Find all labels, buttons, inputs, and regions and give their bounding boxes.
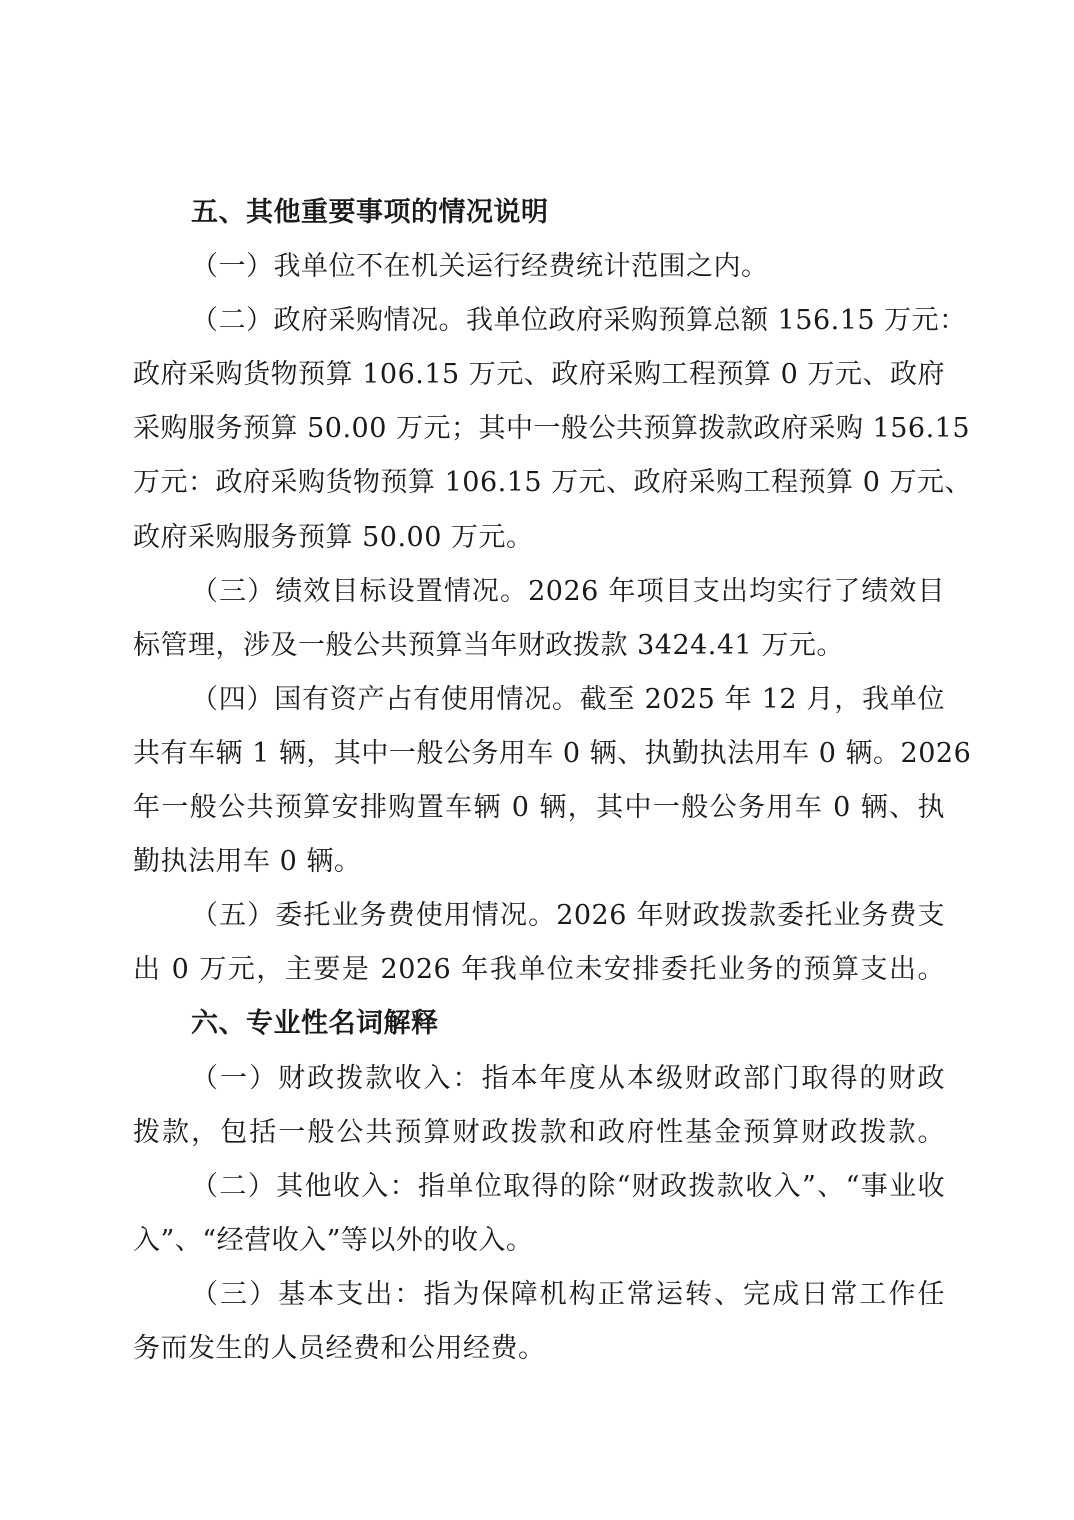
text-line: 勤执法用车 0 辆。 xyxy=(133,835,945,889)
text-line: 标管理，涉及一般公共预算当年财政拨款 3424.41 万元。 xyxy=(133,619,945,673)
text-line: 务而发生的人员经费和公用经费。 xyxy=(133,1322,945,1376)
paragraph-5-5: （五）委托业务费使用情况。2026 年财政拨款委托业务费支 出 0 万元，主要是… xyxy=(133,889,945,997)
paragraph-6-3: （三）基本支出：指为保障机构正常运转、完成日常工作任 务而发生的人员经费和公用经… xyxy=(133,1268,945,1376)
text-line: 政府采购服务预算 50.00 万元。 xyxy=(133,511,945,565)
paragraph-5-3: （三）绩效目标设置情况。2026 年项目支出均实行了绩效目 标管理，涉及一般公共… xyxy=(133,565,945,673)
text-line: 拨款，包括一般公共预算财政拨款和政府性基金预算财政拨款。 xyxy=(133,1106,945,1160)
text-line: （二）其他收入：指单位取得的除“财政拨款收入”、“事业收 xyxy=(133,1160,945,1214)
paragraph-6-1: （一）财政拨款收入：指本年度从本级财政部门取得的财政 拨款，包括一般公共预算财政… xyxy=(133,1052,945,1160)
section-heading-5: 五、其他重要事项的情况说明 xyxy=(133,186,945,240)
text-line: （二）政府采购情况。我单位政府采购预算总额 156.15 万元： xyxy=(133,294,945,348)
text-line: 年一般公共预算安排购置车辆 0 辆，其中一般公务用车 0 辆、执 xyxy=(133,781,945,835)
text-line: 共有车辆 1 辆，其中一般公务用车 0 辆、执勤执法用车 0 辆。2026 xyxy=(133,727,945,781)
text-line: 入”、“经营收入”等以外的收入。 xyxy=(133,1214,945,1268)
text-line: 万元：政府采购货物预算 106.15 万元、政府采购工程预算 0 万元、 xyxy=(133,456,945,510)
text-line: 政府采购货物预算 106.15 万元、政府采购工程预算 0 万元、政府 xyxy=(133,348,945,402)
paragraph-5-4: （四）国有资产占有使用情况。截至 2025 年 12 月，我单位 共有车辆 1 … xyxy=(133,673,945,889)
text-line: 出 0 万元，主要是 2026 年我单位未安排委托业务的预算支出。 xyxy=(133,943,945,997)
text-line: 采购服务预算 50.00 万元；其中一般公共预算拨款政府采购 156.15 xyxy=(133,402,945,456)
text-line: （一）我单位不在机关运行经费统计范围之内。 xyxy=(133,240,945,294)
document-page: 五、其他重要事项的情况说明 （一）我单位不在机关运行经费统计范围之内。 （二）政… xyxy=(133,186,945,1376)
section-heading-6: 六、专业性名词解释 xyxy=(133,997,945,1051)
paragraph-6-2: （二）其他收入：指单位取得的除“财政拨款收入”、“事业收 入”、“经营收入”等以… xyxy=(133,1160,945,1268)
text-line: （四）国有资产占有使用情况。截至 2025 年 12 月，我单位 xyxy=(133,673,945,727)
text-line: （一）财政拨款收入：指本年度从本级财政部门取得的财政 xyxy=(133,1052,945,1106)
paragraph-5-2: （二）政府采购情况。我单位政府采购预算总额 156.15 万元： 政府采购货物预… xyxy=(133,294,945,564)
text-line: （五）委托业务费使用情况。2026 年财政拨款委托业务费支 xyxy=(133,889,945,943)
paragraph-5-1: （一）我单位不在机关运行经费统计范围之内。 xyxy=(133,240,945,294)
text-line: （三）基本支出：指为保障机构正常运转、完成日常工作任 xyxy=(133,1268,945,1322)
text-line: （三）绩效目标设置情况。2026 年项目支出均实行了绩效目 xyxy=(133,565,945,619)
